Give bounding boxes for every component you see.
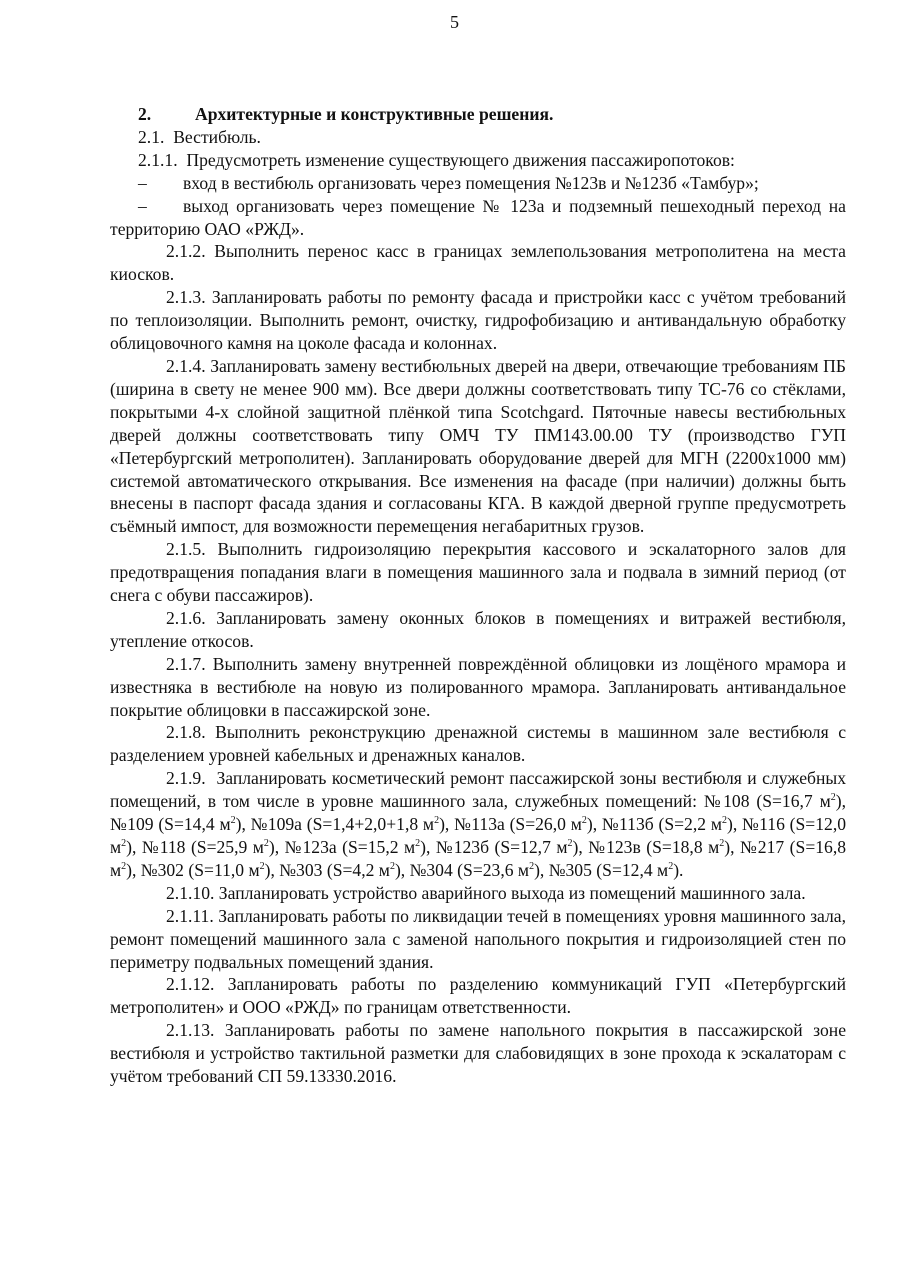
section-heading: 2.Архитектурные и конструктивные решения… — [110, 103, 846, 126]
item-number: 2.1.6. — [166, 608, 206, 628]
list-item: 2.1.8. Выполнить реконструкцию дренажной… — [110, 721, 846, 767]
item-number: 2.1.1. — [138, 150, 178, 170]
bullet-item: –вход в вестибюль организовать через пом… — [110, 172, 846, 195]
item-number: 2.1.8. — [166, 722, 206, 742]
item-text: Предусмотреть изменение существующего дв… — [186, 150, 735, 170]
items-list: 2.1.2. Выполнить перенос касс в границах… — [110, 240, 846, 767]
item-number: 2.1.10. — [166, 883, 214, 903]
room-entry: №303 (S=4,2 м2), — [279, 860, 409, 880]
item-number: 2.1.9. — [166, 768, 206, 788]
room-entry: №304 (S=23,6 м2), — [410, 860, 549, 880]
room-entry: №118 (S=25,9 м2), — [142, 837, 285, 857]
room-entry: №305 (S=12,4 м2). — [549, 860, 684, 880]
document-body: 2.Архитектурные и конструктивные решения… — [110, 103, 846, 1088]
room-entry: №109а (S=1,4+2,0+1,8 м2), — [251, 814, 454, 834]
list-item: 2.1.13. Запланировать работы по замене н… — [110, 1019, 846, 1088]
list-item: 2.1.4. Запланировать замену вестибюльных… — [110, 355, 846, 538]
section-number: 2. — [138, 103, 195, 126]
item-number: 2.1.13. — [166, 1020, 214, 1040]
item-2-1-9: 2.1.9. Запланировать косметический ремон… — [110, 767, 846, 882]
room-entry: №113б (S=2,2 м2), — [602, 814, 742, 834]
section-title: Архитектурные и конструктивные решения. — [195, 104, 553, 124]
item-text: Выполнить замену внутренней повреждённой… — [110, 654, 846, 720]
list-item: 2.1.2. Выполнить перенос касс в границах… — [110, 240, 846, 286]
bullet-text: выход организовать через помещение № 123… — [110, 196, 846, 239]
list-item: 2.1.6. Запланировать замену оконных блок… — [110, 607, 846, 653]
item-number: 2.1.4. — [166, 356, 206, 376]
subsection-number: 2.1. — [138, 127, 164, 147]
item-text: Выполнить гидроизоляцию перекрытия кассо… — [110, 539, 846, 605]
room-entry: №108 (S=16,7 м2), — [704, 791, 846, 811]
item-text: Запланировать замену вестибюльных дверей… — [110, 356, 846, 536]
items-list: 2.1.10. Запланировать устройство аварийн… — [110, 882, 846, 1088]
item-number: 2.1.7. — [166, 654, 206, 674]
list-item: 2.1.7. Выполнить замену внутренней повре… — [110, 653, 846, 722]
subsection-title: Вестибюль. — [173, 127, 261, 147]
item-number: 2.1.12. — [166, 974, 214, 994]
item-number: 2.1.2. — [166, 241, 206, 261]
subsection-heading: 2.1. Вестибюль. — [110, 126, 846, 149]
item-text: Запланировать работы по разделению комму… — [110, 974, 846, 1017]
list-item: 2.1.12. Запланировать работы по разделен… — [110, 973, 846, 1019]
bullet-item: –выход организовать через помещение № 12… — [110, 195, 846, 241]
item-2-1-1: 2.1.1. Предусмотреть изменение существую… — [110, 149, 846, 172]
item-text: Выполнить реконструкцию дренажной систем… — [110, 722, 846, 765]
list-item: 2.1.5. Выполнить гидроизоляцию перекрыти… — [110, 538, 846, 607]
room-entry: №302 (S=11,0 м2), — [141, 860, 279, 880]
item-text: Запланировать замену оконных блоков в по… — [110, 608, 846, 651]
room-entry: №123а (S=15,2 м2), — [285, 837, 436, 857]
item-text: Запланировать устройство аварийного выхо… — [219, 883, 806, 903]
item-number: 2.1.5. — [166, 539, 206, 559]
item-number: 2.1.11. — [166, 906, 214, 926]
item-number: 2.1.3. — [166, 287, 206, 307]
list-item: 2.1.11. Запланировать работы по ликвидац… — [110, 905, 846, 974]
list-item: 2.1.3. Запланировать работы по ремонту ф… — [110, 286, 846, 355]
page-number: 5 — [0, 12, 909, 33]
bullet-text: вход в вестибюль организовать через поме… — [183, 173, 759, 193]
room-entry: №113а (S=26,0 м2), — [454, 814, 602, 834]
item-text: Запланировать работы по ремонту фасада и… — [110, 287, 846, 353]
room-entry: №123б (S=12,7 м2), — [436, 837, 588, 857]
dash-marker: – — [138, 195, 183, 218]
item-text: Запланировать работы по ликвидации течей… — [110, 906, 846, 972]
room-entry: №109 (S=14,4 м2), — [110, 814, 251, 834]
dash-marker: – — [138, 172, 183, 195]
list-item: 2.1.10. Запланировать устройство аварийн… — [110, 882, 846, 905]
item-text: Запланировать работы по замене напольног… — [110, 1020, 846, 1086]
room-entry: №123в (S=18,8 м2), — [588, 837, 740, 857]
item-text: Выполнить перенос касс в границах землеп… — [110, 241, 846, 284]
